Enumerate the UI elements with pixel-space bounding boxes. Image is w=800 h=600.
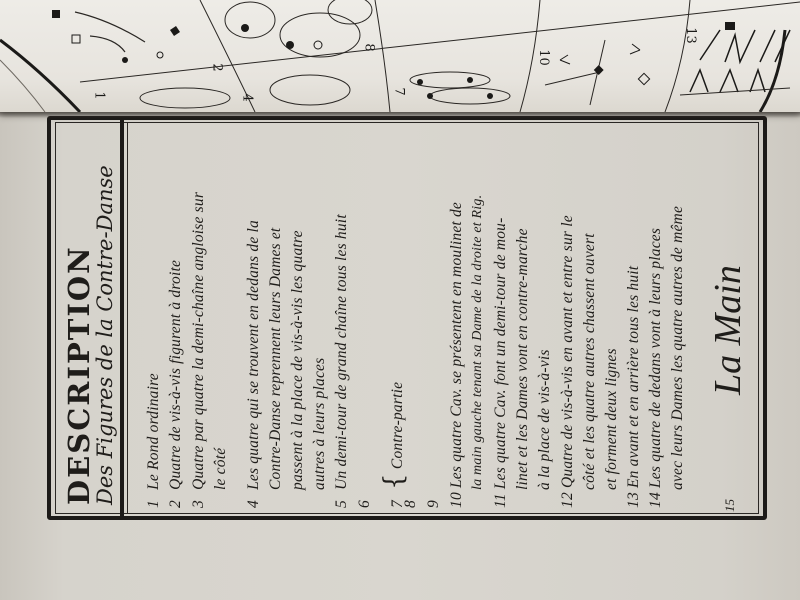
brace-icon: {: [379, 473, 409, 490]
engraver-signature: La Main: [706, 265, 750, 395]
list-item: 5 Un demi-tour de grand chaîne tous les …: [333, 214, 351, 508]
list-item: 3 Quatre par quatre la demi-chaîne anglo…: [190, 192, 208, 508]
title-divider: [120, 120, 124, 516]
list-item: 9: [425, 494, 443, 508]
page-subtitle: Des Figures de la Contre-Danse: [93, 165, 117, 505]
plate-figure-number: 8: [362, 43, 377, 51]
list-item-continuation: et forment deux lignes: [603, 348, 621, 490]
list-item-continuation: autres à leurs places: [311, 358, 329, 490]
plate-figure-number: 13: [683, 27, 698, 44]
list-item-continuation: la main gauche tenant sa Dame de la droi…: [470, 195, 486, 490]
list-item-continuation: côté et les quatre autres chassent ouver…: [581, 233, 599, 490]
list-item: 12 Quatre de vis-à-vis en avant et entre…: [559, 215, 577, 508]
list-item: 1 Le Rond ordinaire: [145, 373, 163, 508]
list-item: 2 Quatre de vis-à-vis figurent à droite: [167, 260, 185, 508]
plate-figure-number: 2: [210, 63, 225, 71]
plate-figure-number: 10: [536, 49, 551, 66]
plate-figure-number: 7: [392, 87, 407, 95]
list-item: 11 Les quatre Cav. font un demi-tour de …: [492, 218, 510, 509]
list-item: 14 Les quatre de dedans vont à leurs pla…: [647, 228, 665, 508]
list-item: 10 Les quatre Cav. se présentent en moul…: [448, 202, 466, 508]
list-item-continuation: Contre-Danse reprennent leurs Dames et: [267, 228, 285, 490]
plate-figure-number: 1: [92, 91, 107, 99]
list-item-continuation: avec leurs Dames les quatre autres de mê…: [669, 206, 687, 490]
list-item: 13 En avant et en arrière tous les huit: [625, 266, 643, 508]
page-number: 15: [722, 499, 738, 512]
list-item-continuation: à la place de vis-à-vis: [536, 349, 554, 490]
list-item: 6: [356, 494, 374, 508]
list-item: 7 { Contre-partie: [379, 382, 409, 508]
list-item: 8: [402, 494, 420, 508]
page-title: DESCRIPTION: [62, 125, 96, 505]
engraved-dance-plate: 1 2 4 7 8 10 13: [0, 0, 800, 112]
list-item: 4 Les quatre qui se trouvent en dedans d…: [245, 220, 263, 508]
list-item-continuation: linet et les Dames vont en contre-marche: [514, 228, 532, 490]
list-item-continuation: le côté: [212, 448, 230, 490]
list-item-continuation: passent à la place de vis-à-vis les quat…: [289, 230, 307, 490]
plate-figure-number: 4: [240, 93, 255, 101]
title-divider-thin: [127, 122, 128, 514]
